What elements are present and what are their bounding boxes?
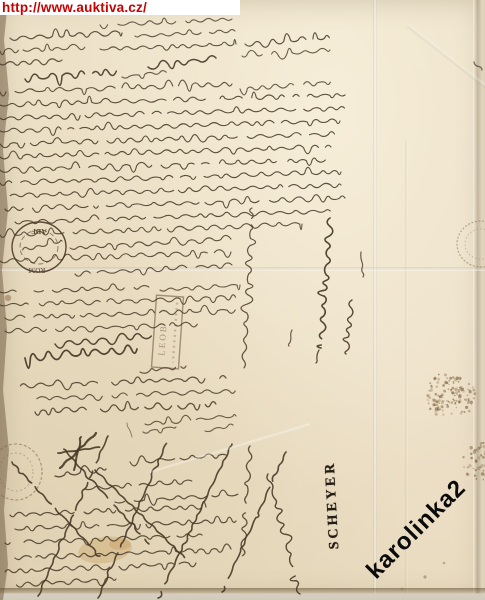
crease-highlight [150,424,310,472]
seal-imprint [426,373,476,416]
seal-imprint-edge [462,442,485,481]
cross-out-strokes [12,436,286,598]
letter-artwork: ADF ROM LEOB [0,0,485,600]
circular-postmark: ADF ROM [12,222,66,274]
postmark-bottom-text: ROM [28,266,46,274]
watermark-url: http://www.auktiva.cz/ [0,0,240,15]
faint-postmark-right [457,221,485,267]
letter-scan: ADF ROM LEOB SCHEYER http://www.auktiva.… [0,0,485,600]
boxed-postmark-text: LEOB [156,324,168,356]
boxed-postmark: LEOB [152,295,184,369]
handwriting-ink [0,18,482,594]
